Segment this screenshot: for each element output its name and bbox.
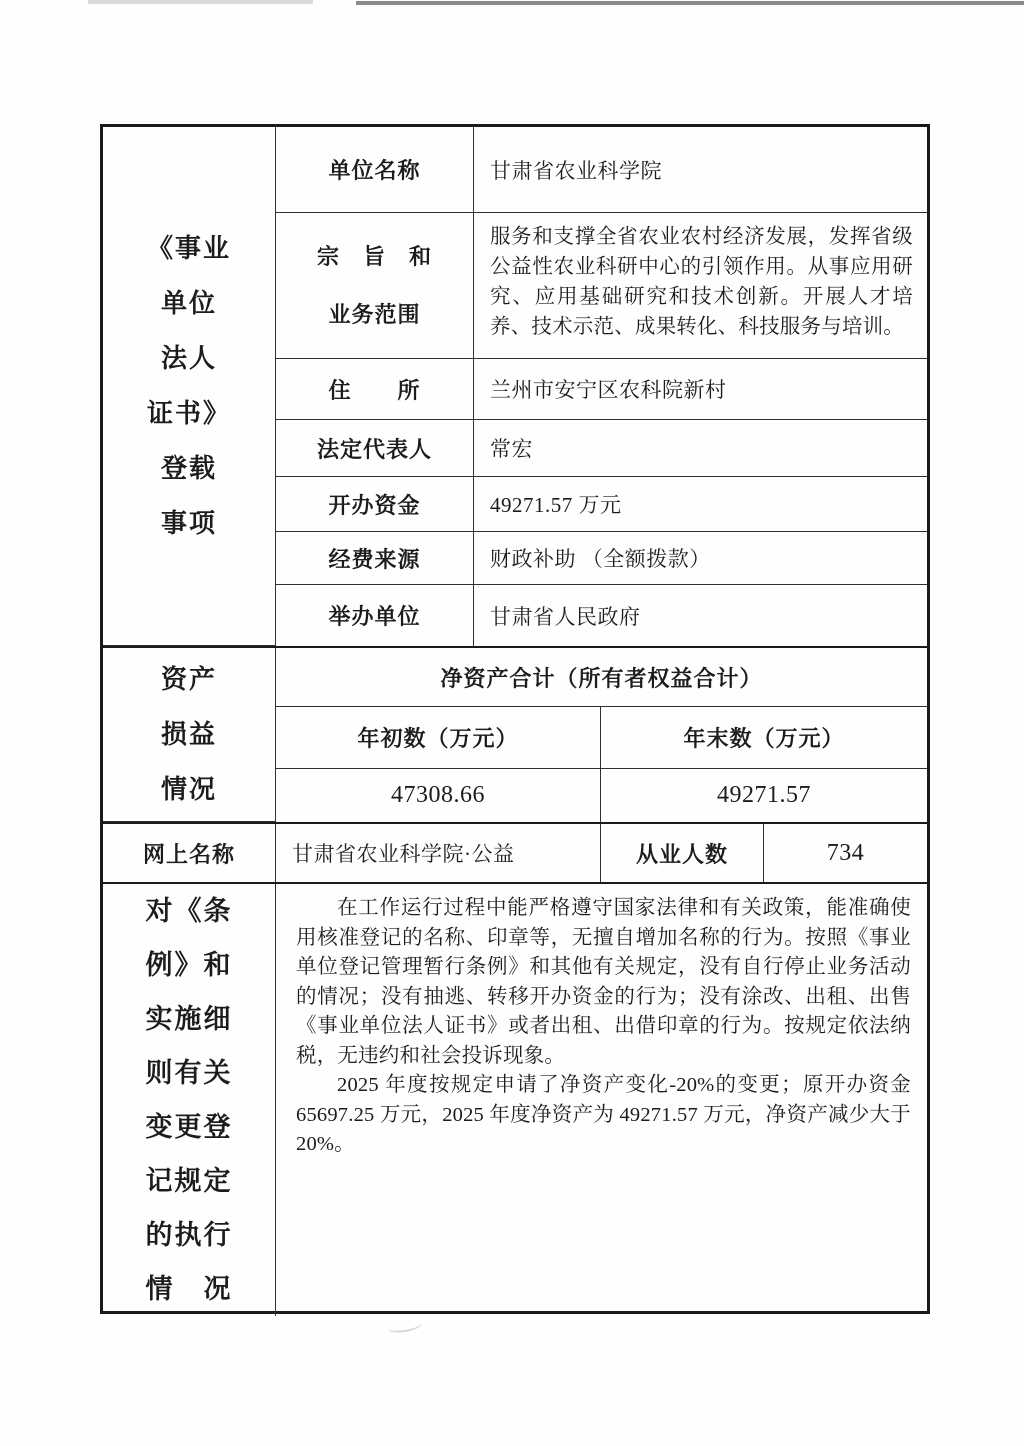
unit-name-label: 单位名称 [276, 127, 474, 213]
net-assets-merged-header: 净资产合计（所有者权益合计） [276, 648, 927, 707]
section-assets: 资产 损益 情况 净资产合计（所有者权益合计） 年初数（万元） 年末数（万元） … [103, 648, 927, 824]
begin-of-year-value: 47308.66 [276, 769, 601, 822]
sponsor-unit-value: 甘肃省人民政府 [474, 585, 927, 646]
unit-name-value: 甘肃省农业科学院 [474, 127, 927, 213]
purpose-scope-value: 服务和支撑全省农业农村经济发展，发挥省级公益性农业科研中心的引领作用。从事应用研… [474, 213, 927, 359]
side-label-line: 登载 [161, 441, 217, 496]
purpose-scope-label-line1: 宗 旨 和 [317, 228, 432, 286]
end-of-year-header: 年末数（万元） [601, 707, 927, 769]
side-label-line: 情况 [161, 762, 217, 817]
report-table: 《事业 单位 法人 证书》 登载 事项 单位名称 甘肃省农业科学院 宗 旨 和 … [100, 124, 930, 1314]
compliance-paragraph-2: 2025 年度按规定申请了净资产变化-20%的变更；原开办资金 65697.25… [296, 1071, 911, 1160]
certificate-side-label: 《事业 单位 法人 证书》 登载 事项 [103, 127, 276, 646]
assets-side-label: 资产 损益 情况 [103, 648, 276, 822]
side-label-line: 《事业 [147, 221, 231, 276]
staff-count-value: 734 [764, 824, 927, 882]
side-label-line: 单位 [161, 276, 217, 331]
compliance-paragraph-1: 在工作运行过程中能严格遵守国家法律和有关政策，能准确使用核准登记的名称、印章等，… [296, 894, 911, 1071]
scan-artifact [88, 0, 313, 4]
begin-of-year-header: 年初数（万元） [276, 707, 601, 769]
scan-artifact [356, 1, 1024, 5]
section-certificate-items: 《事业 单位 法人 证书》 登载 事项 单位名称 甘肃省农业科学院 宗 旨 和 … [103, 127, 927, 648]
purpose-scope-label: 宗 旨 和 业务范围 [276, 213, 474, 359]
online-name-value: 甘肃省农业科学院·公益 [276, 824, 601, 882]
registered-capital-value: 49271.57 万元 [474, 477, 927, 532]
staff-count-label: 从业人数 [601, 824, 764, 882]
side-label-line: 例》和 [146, 938, 233, 992]
legal-representative-label: 法定代表人 [276, 420, 474, 477]
side-label-line: 损益 [161, 707, 217, 762]
compliance-text: 在工作运行过程中能严格遵守国家法律和有关政策，能准确使用核准登记的名称、印章等，… [276, 884, 927, 1316]
online-name-label: 网上名称 [103, 824, 276, 882]
side-label-line: 记规定 [146, 1154, 233, 1208]
side-label-line: 则有关 [146, 1046, 233, 1100]
sponsor-unit-label: 举办单位 [276, 585, 474, 646]
address-label: 住 所 [276, 359, 474, 420]
side-label-line: 实施细 [146, 992, 233, 1046]
side-label-line: 的执行 [146, 1208, 233, 1262]
side-label-line: 情 况 [146, 1262, 233, 1316]
side-label-line: 资产 [161, 652, 217, 707]
compliance-side-label: 对《条 例》和 实施细 则有关 变更登 记规定 的执行 情 况 [103, 884, 276, 1316]
side-label-line: 法人 [161, 331, 217, 386]
end-of-year-value: 49271.57 [601, 769, 927, 822]
address-value: 兰州市安宁区农科院新村 [474, 359, 927, 420]
funding-source-label: 经费来源 [276, 532, 474, 585]
side-label-line: 对《条 [146, 884, 233, 938]
side-label-line: 事项 [161, 496, 217, 551]
scan-artifact [387, 1318, 422, 1333]
section-compliance: 对《条 例》和 实施细 则有关 变更登 记规定 的执行 情 况 在工作运行过程中… [103, 884, 927, 1311]
funding-source-value: 财政补助 （全额拨款） [474, 532, 927, 585]
side-label-line: 证书》 [147, 386, 231, 441]
section-online-name: 网上名称 甘肃省农业科学院·公益 从业人数 734 [103, 824, 927, 884]
purpose-scope-label-line2: 业务范围 [328, 286, 420, 344]
side-label-line: 变更登 [146, 1100, 233, 1154]
registered-capital-label: 开办资金 [276, 477, 474, 532]
scanned-report-page: 《事业 单位 法人 证书》 登载 事项 单位名称 甘肃省农业科学院 宗 旨 和 … [0, 0, 1024, 1446]
legal-representative-value: 常宏 [474, 420, 927, 477]
